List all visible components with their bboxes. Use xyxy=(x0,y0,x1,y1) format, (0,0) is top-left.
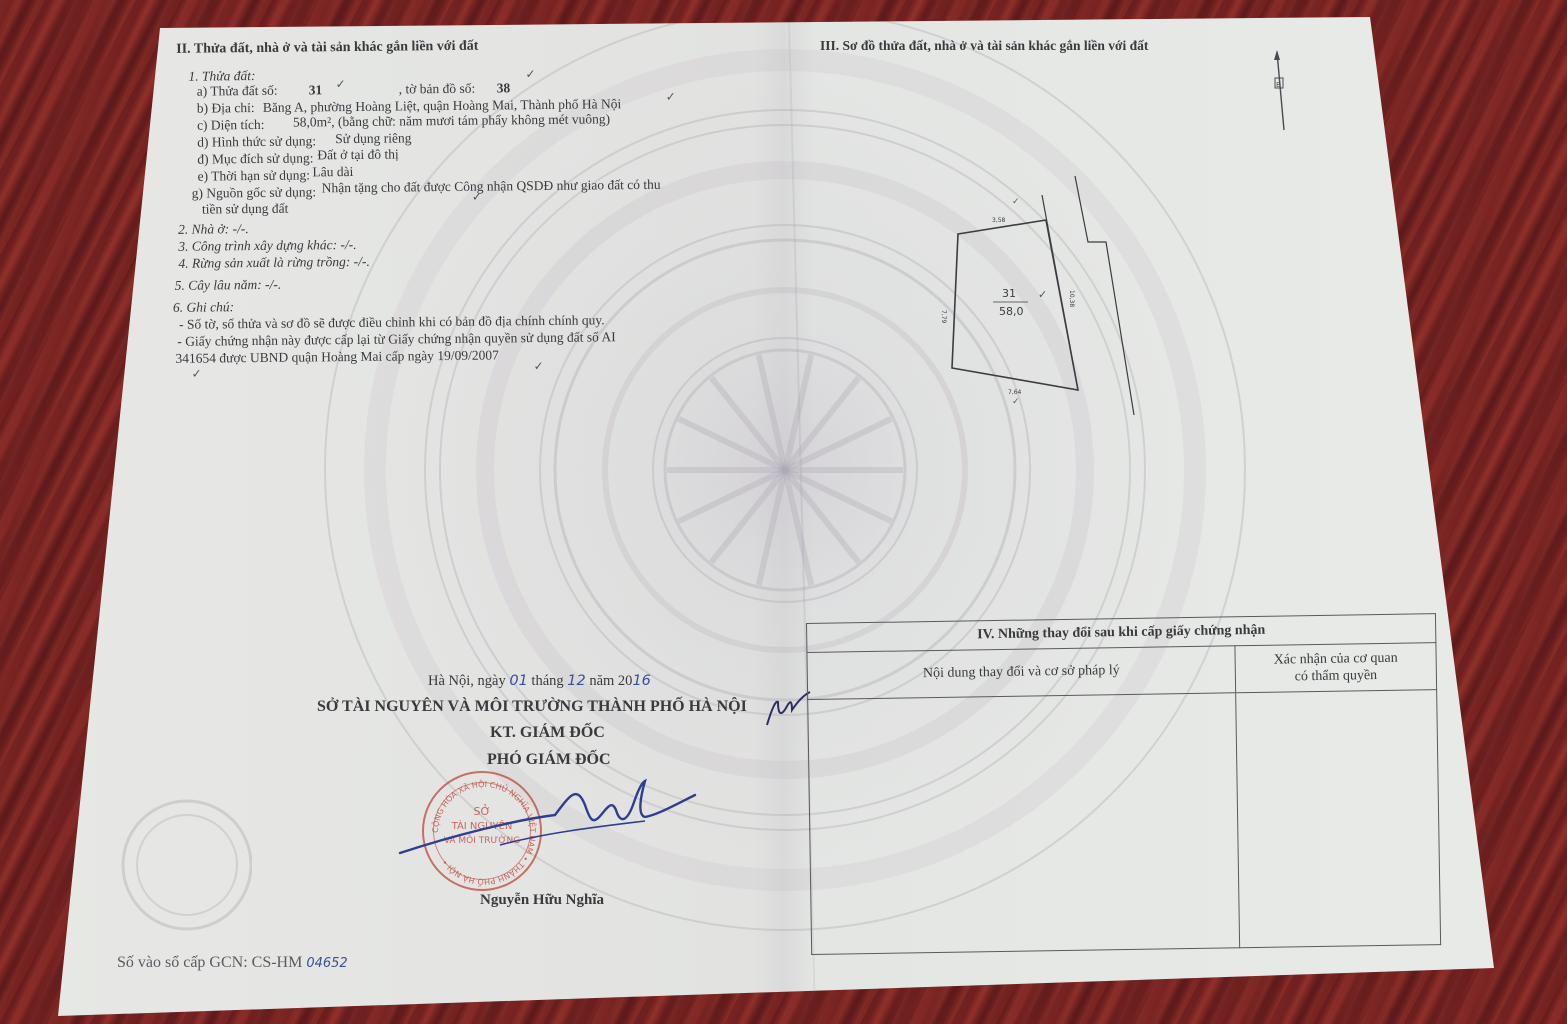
map-sheet-label: , tờ bản đồ số: xyxy=(399,81,476,98)
handwritten-signature xyxy=(395,775,705,855)
production-forest-item: 4. Rừng sản xuất là rừng trồng: -/-. xyxy=(178,254,370,272)
registry-label: Số vào sổ cấp GCN: CS-HM xyxy=(117,954,302,971)
date-year-suffix: 16 xyxy=(632,673,650,689)
changes-table: IV. Những thay đổi sau khi cấp giấy chứn… xyxy=(806,613,1441,955)
origin-label: g) Nguồn gốc sử dụng: xyxy=(192,184,316,201)
authority-confirmation-cell xyxy=(1236,690,1441,948)
column-header-change-content: Nội dung thay đổi và cơ sở pháp lý xyxy=(807,646,1236,700)
authority-header-line2: có thẩm quyền xyxy=(1295,668,1378,684)
origin-value-line2: tiền sử dụng đất xyxy=(202,201,289,218)
usage-form-label: d) Hình thức sử dụng: xyxy=(197,133,316,150)
issuing-department: SỞ TÀI NGUYÊN VÀ MÔI TRƯỜNG THÀNH PHỐ HÀ… xyxy=(317,698,747,716)
issue-date: Hà Nội, ngày 01 tháng 12 năm 2016 xyxy=(428,673,651,689)
term-label: e) Thời hạn sử dụng: xyxy=(197,167,310,184)
column-header-authority-confirmation: Xác nhận của cơ quan có thẩm quyền xyxy=(1235,643,1437,693)
sketch-parcel-area: 58,0 xyxy=(999,305,1024,318)
table-row xyxy=(808,690,1441,955)
sketch-parcel-number: 31 xyxy=(1002,287,1016,300)
purpose-label: đ) Mục đích sử dụng: xyxy=(197,150,313,167)
registry-handwritten-number: 04652 xyxy=(306,956,347,971)
other-construction-item: 3. Công trình xây dựng khác: -/-. xyxy=(178,237,356,255)
perennial-trees-item: 5. Cây lâu năm: -/-. xyxy=(175,277,282,294)
on-behalf-title: KT. GIÁM ĐỐC xyxy=(490,724,605,742)
check-mark-icon: ✓ xyxy=(666,89,676,105)
parcel-number-label: a) Thửa đất số: xyxy=(197,83,278,100)
map-sheet-number: 38 xyxy=(497,80,511,96)
north-label: B xyxy=(1276,81,1281,89)
date-day: 01 xyxy=(509,673,527,689)
north-arrow-icon: B xyxy=(1265,48,1295,138)
edge-left-length: 7,79 xyxy=(940,310,947,324)
authority-header-line1: Xác nhận của cơ quan xyxy=(1274,651,1398,668)
check-mark-icon: ✓ xyxy=(336,76,346,92)
note-2-line2: 341654 được UBND quận Hoàng Mai cấp ngày… xyxy=(175,347,499,366)
check-mark-icon: ✓ xyxy=(1038,289,1047,301)
check-mark-icon: ✓ xyxy=(192,366,202,382)
section-2-heading: II. Thửa đất, nhà ở và tài sản khác gắn … xyxy=(176,39,478,58)
purpose-value: Đất ở tại đô thị xyxy=(317,147,399,164)
initial-mark xyxy=(762,690,812,730)
date-month: 12 xyxy=(567,673,585,689)
parcel-sketch: 31 58,0 3,58 7,64 7,79 10,38 ✓ ✓ ✓ xyxy=(930,170,1150,420)
signer-position: PHÓ GIÁM ĐỐC xyxy=(487,751,611,769)
date-month-label: tháng xyxy=(531,673,563,689)
change-content-cell xyxy=(808,693,1240,955)
registry-number: Số vào sổ cấp GCN: CS-HM 04652 xyxy=(117,955,348,972)
date-prefix: Hà Nội, ngày xyxy=(428,673,506,689)
check-mark-icon: ✓ xyxy=(472,189,482,205)
signer-name: Nguyễn Hữu Nghĩa xyxy=(480,892,604,909)
edge-top-length: 3,58 xyxy=(992,217,1006,224)
embossed-seal xyxy=(112,790,252,940)
date-year-label: năm 20 xyxy=(589,673,632,689)
house-item: 2. Nhà ở: -/-. xyxy=(178,221,249,238)
edge-bottom-length: 7,64 xyxy=(1008,389,1022,396)
check-mark-icon: ✓ xyxy=(1012,396,1020,406)
check-mark-icon: ✓ xyxy=(533,358,543,374)
parcel-number: 31 xyxy=(309,82,323,98)
edge-right-length: 10,38 xyxy=(1068,290,1075,307)
check-mark-icon: ✓ xyxy=(1012,196,1020,206)
check-mark-icon: ✓ xyxy=(525,66,535,82)
notes-heading: 6. Ghi chú: xyxy=(173,299,234,316)
address-label: b) Địa chỉ: xyxy=(197,100,255,117)
section-3-heading: III. Sơ đồ thửa đất, nhà ở và tài sản kh… xyxy=(820,38,1148,54)
area-value: 58,0m², (bằng chữ: năm mươi tám phẩy khô… xyxy=(293,111,610,130)
area-label: c) Diện tích: xyxy=(197,117,265,134)
usage-form-value: Sử dụng riêng xyxy=(335,130,411,147)
term-value: Lâu dài xyxy=(312,164,353,180)
